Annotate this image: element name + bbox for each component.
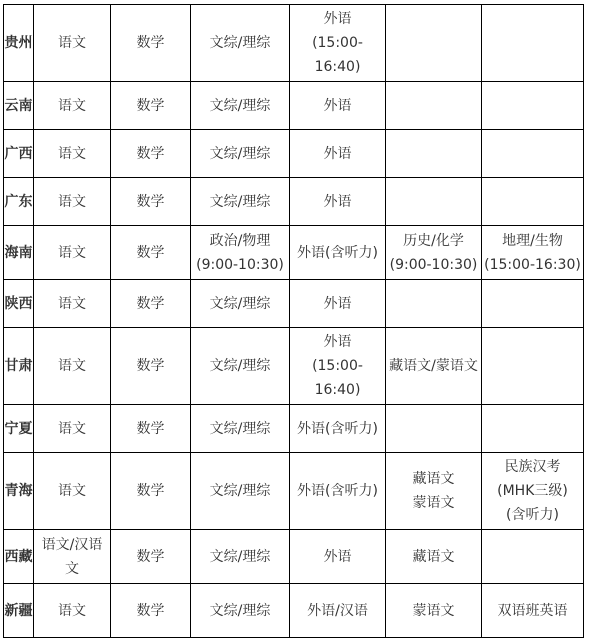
subject-cell: 藏语文/蒙语文 — [386, 328, 482, 405]
subject-cell: 外语(含听力) — [290, 226, 386, 280]
table-row: 贵州 语文 数学 文综/理综 外语 (15:00- 16:40) — [4, 5, 584, 82]
subject-cell: 语文 — [34, 328, 111, 405]
exam-schedule-table: 贵州 语文 数学 文综/理综 外语 (15:00- 16:40) 云南 语文 数… — [3, 4, 584, 638]
table-row: 宁夏 语文 数学 文综/理综 外语(含听力) — [4, 405, 584, 453]
subject-cell: 数学 — [111, 226, 191, 280]
table-body: 贵州 语文 数学 文综/理综 外语 (15:00- 16:40) 云南 语文 数… — [4, 5, 584, 638]
subject-cell: 藏语文 — [386, 530, 482, 584]
subject-cell — [482, 530, 584, 584]
province-cell: 海南 — [4, 226, 34, 280]
subject-cell: 文综/理综 — [191, 178, 290, 226]
subject-cell: 数学 — [111, 280, 191, 328]
subject-cell: 外语 (15:00- 16:40) — [290, 328, 386, 405]
table-row: 广东 语文 数学 文综/理综 外语 — [4, 178, 584, 226]
province-cell: 广西 — [4, 130, 34, 178]
subject-cell: 外语(含听力) — [290, 405, 386, 453]
province-cell: 青海 — [4, 453, 34, 530]
table-row: 云南 语文 数学 文综/理综 外语 — [4, 82, 584, 130]
table-row: 新疆 语文 数学 文综/理综 外语/汉语 蒙语文 双语班英语 — [4, 584, 584, 638]
subject-cell: 政治/物理 (9:00-10:30) — [191, 226, 290, 280]
province-cell: 陕西 — [4, 280, 34, 328]
subject-cell: 外语 — [290, 82, 386, 130]
subject-cell — [386, 178, 482, 226]
subject-cell — [386, 5, 482, 82]
subject-cell: 数学 — [111, 453, 191, 530]
subject-cell — [482, 280, 584, 328]
subject-cell: 文综/理综 — [191, 453, 290, 530]
subject-cell: 历史/化学 (9:00-10:30) — [386, 226, 482, 280]
subject-cell: 语文/汉语文 — [34, 530, 111, 584]
subject-cell: 文综/理综 — [191, 584, 290, 638]
subject-cell: 语文 — [34, 130, 111, 178]
subject-cell: 语文 — [34, 584, 111, 638]
subject-cell: 文综/理综 — [191, 530, 290, 584]
subject-cell: 文综/理综 — [191, 405, 290, 453]
subject-cell: 外语(含听力) — [290, 453, 386, 530]
subject-cell: 数学 — [111, 130, 191, 178]
province-cell: 西藏 — [4, 530, 34, 584]
subject-cell: 文综/理综 — [191, 130, 290, 178]
page-background: 贵州 语文 数学 文综/理综 外语 (15:00- 16:40) 云南 语文 数… — [0, 0, 592, 640]
province-cell: 云南 — [4, 82, 34, 130]
province-cell: 宁夏 — [4, 405, 34, 453]
subject-cell — [482, 82, 584, 130]
table-row: 海南 语文 数学 政治/物理 (9:00-10:30) 外语(含听力) 历史/化… — [4, 226, 584, 280]
subject-cell: 文综/理综 — [191, 5, 290, 82]
subject-cell: 外语 — [290, 178, 386, 226]
subject-cell: 地理/生物 (15:00-16:30) — [482, 226, 584, 280]
province-cell: 贵州 — [4, 5, 34, 82]
subject-cell — [386, 130, 482, 178]
subject-cell: 民族汉考 (MHK三级) (含听力) — [482, 453, 584, 530]
province-cell: 甘肃 — [4, 328, 34, 405]
table-row: 西藏 语文/汉语文 数学 文综/理综 外语 藏语文 — [4, 530, 584, 584]
table-row: 甘肃 语文 数学 文综/理综 外语 (15:00- 16:40) 藏语文/蒙语文 — [4, 328, 584, 405]
subject-cell: 外语 — [290, 530, 386, 584]
subject-cell: 文综/理综 — [191, 82, 290, 130]
subject-cell — [386, 82, 482, 130]
subject-cell: 语文 — [34, 453, 111, 530]
subject-cell — [482, 178, 584, 226]
subject-cell: 数学 — [111, 328, 191, 405]
subject-cell: 数学 — [111, 82, 191, 130]
subject-cell: 数学 — [111, 178, 191, 226]
subject-cell — [386, 280, 482, 328]
table-row: 广西 语文 数学 文综/理综 外语 — [4, 130, 584, 178]
subject-cell: 外语 — [290, 130, 386, 178]
subject-cell: 数学 — [111, 5, 191, 82]
subject-cell: 语文 — [34, 82, 111, 130]
subject-cell: 外语 — [290, 280, 386, 328]
subject-cell — [386, 405, 482, 453]
subject-cell: 语文 — [34, 280, 111, 328]
subject-cell: 文综/理综 — [191, 280, 290, 328]
subject-cell: 语文 — [34, 405, 111, 453]
province-cell: 新疆 — [4, 584, 34, 638]
subject-cell — [482, 130, 584, 178]
subject-cell: 双语班英语 — [482, 584, 584, 638]
table-row: 陕西 语文 数学 文综/理综 外语 — [4, 280, 584, 328]
subject-cell: 语文 — [34, 226, 111, 280]
subject-cell: 文综/理综 — [191, 328, 290, 405]
subject-cell: 藏语文 蒙语文 — [386, 453, 482, 530]
subject-cell — [482, 5, 584, 82]
subject-cell: 数学 — [111, 405, 191, 453]
subject-cell: 数学 — [111, 584, 191, 638]
table-row: 青海 语文 数学 文综/理综 外语(含听力) 藏语文 蒙语文 民族汉考 (MHK… — [4, 453, 584, 530]
subject-cell: 数学 — [111, 530, 191, 584]
subject-cell — [482, 328, 584, 405]
subject-cell: 外语/汉语 — [290, 584, 386, 638]
subject-cell: 语文 — [34, 5, 111, 82]
subject-cell: 外语 (15:00- 16:40) — [290, 5, 386, 82]
subject-cell — [482, 405, 584, 453]
province-cell: 广东 — [4, 178, 34, 226]
subject-cell: 语文 — [34, 178, 111, 226]
subject-cell: 蒙语文 — [386, 584, 482, 638]
